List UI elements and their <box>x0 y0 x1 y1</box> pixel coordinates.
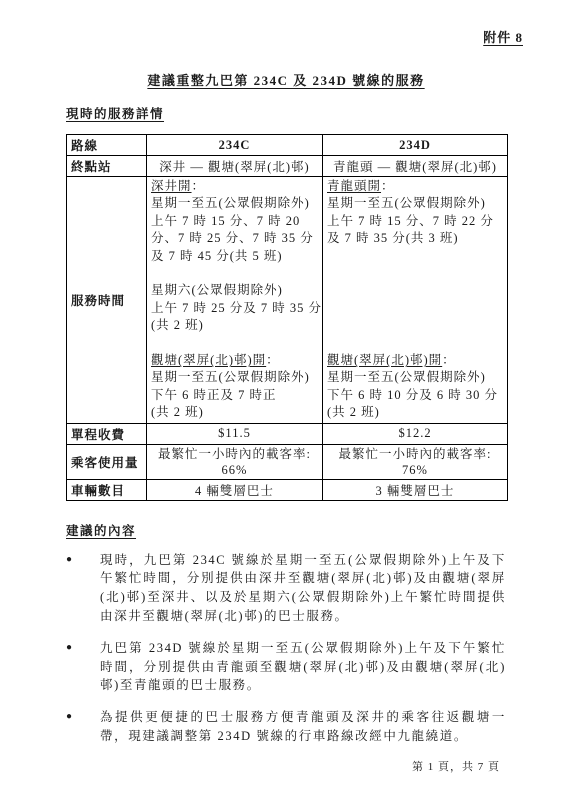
table-row-service-hours: 服務時間 深井開：星期一至五(公眾假期除外)上午 7 時 15 分、7 時 20… <box>67 177 508 424</box>
section-heading-proposal: 建議的內容 <box>66 521 506 538</box>
schedule-line: 及 7 時 45 分(共 5 班) <box>151 248 318 265</box>
bullet-icon: ● <box>66 708 100 746</box>
cell-schedule-234d: 青龍頭開：星期一至五(公眾假期除外)上午 7 時 15 分、7 時 22 分及 … <box>323 177 508 424</box>
schedule-line: (共 2 班) <box>151 404 318 421</box>
schedule-line: 觀塘(翠屏(北)邨)開： <box>151 352 318 369</box>
cell-route-234d: 234D <box>323 135 508 156</box>
cell-patronage-234c: 最繁忙一小時內的載客率: 66% <box>147 444 323 479</box>
schedule-origin-heading: 深井開 <box>151 179 192 193</box>
cell-route-234c: 234C <box>147 135 323 156</box>
table-row-terminus: 終點站 深井 — 觀塘(翠屏(北)邨) 青龍頭 — 觀塘(翠屏(北)邨) <box>67 156 508 177</box>
cell-fare-234c: $11.5 <box>147 423 323 444</box>
proposal-item: ●現時，九巴第 234C 號線於星期一至五(公眾假期除外)上午及下午繁忙時間，分… <box>66 551 506 626</box>
schedule-line: 上午 7 時 15 分、7 時 22 分 <box>327 213 503 230</box>
document-title: 建議重整九巴第 234C 及 234D 號線的服務 <box>147 73 424 88</box>
schedule-line: 星期一至五(公眾假期除外) <box>151 369 318 386</box>
cell-terminus-234c: 深井 — 觀塘(翠屏(北)邨) <box>147 156 323 177</box>
row-label-patronage: 乘客使用量 <box>67 444 147 479</box>
cell-fleet-234d: 3 輛雙層巴士 <box>323 479 508 500</box>
schedule-line: 星期一至五(公眾假期除外) <box>327 195 503 212</box>
bullet-icon: ● <box>66 639 100 695</box>
proposal-item: ●為提供更便捷的巴士服務方便青龍頭及深井的乘客往返觀塘一帶，現建議調整第 234… <box>66 708 506 746</box>
row-label-fare: 單程收費 <box>67 423 147 444</box>
row-label-service-hours: 服務時間 <box>67 177 147 424</box>
schedule-line <box>327 317 503 334</box>
patronage-caption: 最繁忙一小時內的載客率: <box>151 446 318 462</box>
schedule-line: 上午 7 時 15 分、7 時 20 <box>151 213 318 230</box>
schedule-line <box>151 265 318 282</box>
schedule-line: (共 2 班) <box>151 317 318 334</box>
schedule-line <box>327 265 503 282</box>
schedule-line: 上午 7 時 25 分及 7 時 35 分 <box>151 300 318 317</box>
row-label-terminus: 終點站 <box>67 156 147 177</box>
cell-terminus-234d: 青龍頭 — 觀塘(翠屏(北)邨) <box>323 156 508 177</box>
schedule-line: 星期一至五(公眾假期除外) <box>151 195 318 212</box>
table-row-route: 路線 234C 234D <box>67 135 508 156</box>
cell-fare-234d: $12.2 <box>323 423 508 444</box>
schedule-line: 下午 6 時 10 分及 6 時 30 分 <box>327 387 503 404</box>
schedule-origin-heading: 青龍頭開 <box>327 179 381 193</box>
schedule-line: 及 7 時 35 分(共 3 班) <box>327 230 503 247</box>
proposal-text: 為提供更便捷的巴士服務方便青龍頭及深井的乘客往返觀塘一帶，現建議調整第 234D… <box>100 708 506 746</box>
table-row-patronage: 乘客使用量 最繁忙一小時內的載客率: 66% 最繁忙一小時內的載客率: 76% <box>67 444 508 479</box>
schedule-origin-heading: 觀塘(翠屏(北)邨)開 <box>151 353 266 367</box>
cell-patronage-234d: 最繁忙一小時內的載客率: 76% <box>323 444 508 479</box>
row-label-route: 路線 <box>67 135 147 156</box>
proposal-text: 九巴第 234D 號線於星期一至五(公眾假期除外)上午及下午繁忙時間，分別提供由… <box>100 639 506 695</box>
schedule-line: 觀塘(翠屏(北)邨)開： <box>327 352 503 369</box>
patronage-caption: 最繁忙一小時內的載客率: <box>327 446 503 462</box>
cell-schedule-234c: 深井開：星期一至五(公眾假期除外)上午 7 時 15 分、7 時 20分、7 時… <box>147 177 323 424</box>
schedule-line <box>327 335 503 352</box>
table-row-fleet: 車輛數目 4 輛雙層巴士 3 輛雙層巴士 <box>67 479 508 500</box>
patronage-value-234d: 76% <box>327 462 503 478</box>
schedule-origin-heading: 觀塘(翠屏(北)邨)開 <box>327 353 442 367</box>
appendix-label: 附件 8 <box>483 30 523 45</box>
service-table: 路線 234C 234D 終點站 深井 — 觀塘(翠屏(北)邨) 青龍頭 — 觀… <box>66 134 508 501</box>
cell-fleet-234c: 4 輛雙層巴士 <box>147 479 323 500</box>
bullet-icon: ● <box>66 551 100 626</box>
schedule-line: 深井開： <box>151 178 318 195</box>
schedule-line <box>151 335 318 352</box>
schedule-line: 青龍頭開： <box>327 178 503 195</box>
schedule-line <box>327 248 503 265</box>
row-label-fleet: 車輛數目 <box>67 479 147 500</box>
document-page: 附件 8 建議重整九巴第 234C 及 234D 號線的服務 現時的服務詳情 路… <box>0 0 566 800</box>
patronage-value-234c: 66% <box>151 462 318 478</box>
proposal-list: ●現時，九巴第 234C 號線於星期一至五(公眾假期除外)上午及下午繁忙時間，分… <box>66 551 506 746</box>
table-row-fare: 單程收費 $11.5 $12.2 <box>67 423 508 444</box>
proposal-item: ●九巴第 234D 號線於星期一至五(公眾假期除外)上午及下午繁忙時間，分別提供… <box>66 639 506 695</box>
section-heading-current-service: 現時的服務詳情 <box>66 104 506 121</box>
schedule-line: 星期一至五(公眾假期除外) <box>327 369 503 386</box>
page-footer: 第 1 頁，共 7 頁 <box>412 758 500 774</box>
schedule-line <box>327 282 503 299</box>
schedule-line: 分、7 時 25 分、7 時 35 分 <box>151 230 318 247</box>
schedule-line: (共 2 班) <box>327 404 503 421</box>
proposal-text: 現時，九巴第 234C 號線於星期一至五(公眾假期除外)上午及下午繁忙時間，分別… <box>100 551 506 626</box>
appendix-label-row: 附件 8 <box>66 27 523 43</box>
schedule-line: 下午 6 時正及 7 時正 <box>151 387 318 404</box>
schedule-line <box>327 300 503 317</box>
document-title-row: 建議重整九巴第 234C 及 234D 號線的服務 <box>66 70 506 89</box>
schedule-line: 星期六(公眾假期除外) <box>151 282 318 299</box>
